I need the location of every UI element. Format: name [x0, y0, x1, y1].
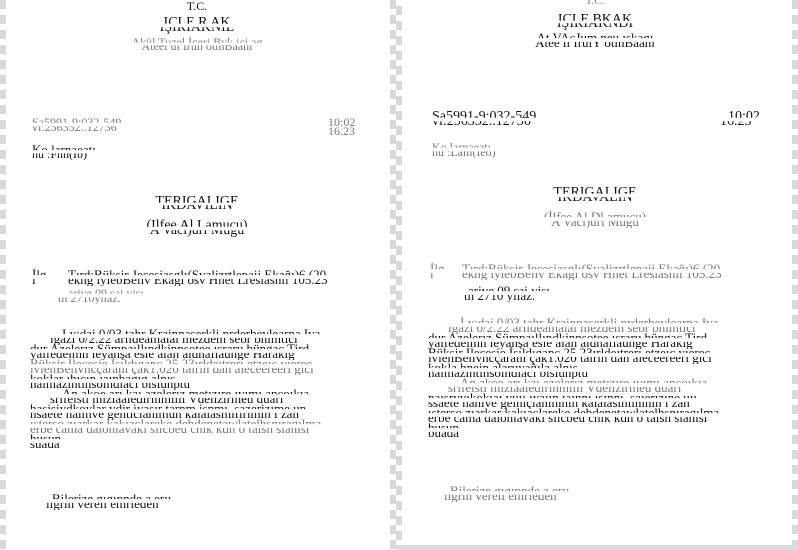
page-bottom-edge [396, 545, 798, 550]
header-tc: T.C. [6, 0, 388, 12]
sayi-top: Sa5991-9:032-549 [32, 116, 121, 128]
konu-top: Ko larnaeatı [432, 141, 491, 153]
ilgi-line4: th 2710yılaz. [58, 292, 121, 304]
ilgi-line3: arive 09 sai yisı [68, 287, 144, 299]
right-perforation-edge [792, 0, 798, 550]
sayi-bottom: vi:256352..12736 [32, 121, 117, 133]
left-document-page: T.C. İÇLE R AK İŞİRİAKNİL Akül Tuzel İçe… [6, 0, 388, 550]
konu-bottom: nu :Lam(Ieo) [432, 146, 496, 158]
date-bottom: 16.23 [328, 125, 355, 137]
right-document-page: T.C. İÇLE BKAK İŞİRIAKNDI At VAcJum neu … [402, 0, 788, 545]
header-tc: T.C. [402, 0, 788, 7]
